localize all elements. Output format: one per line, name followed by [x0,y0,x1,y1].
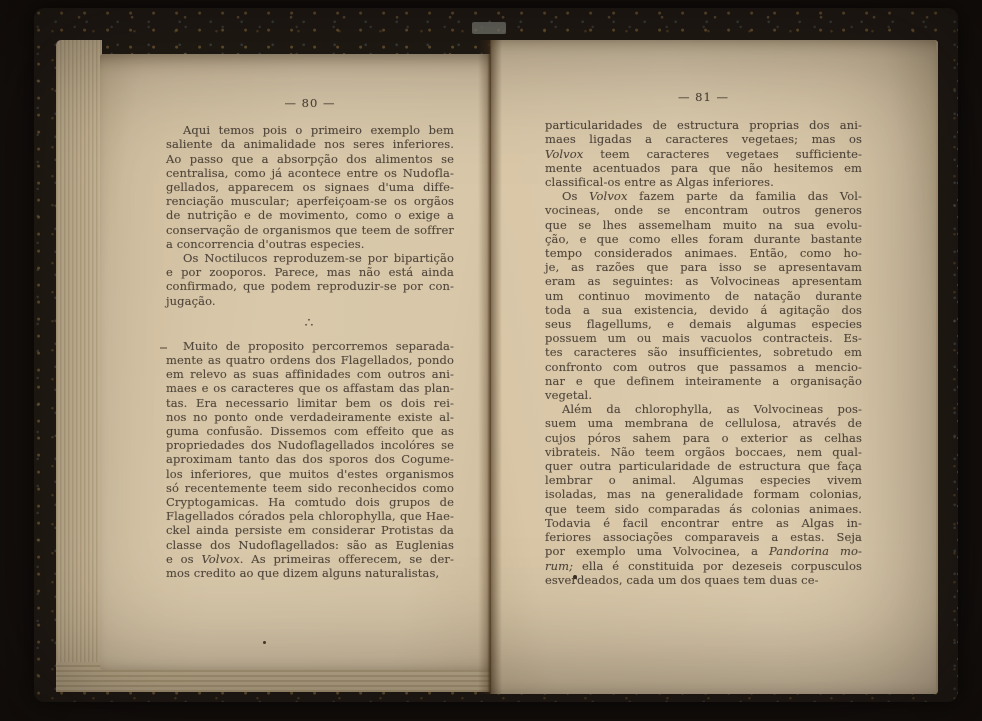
text-line: feriores associações comparaveis a estas… [545,530,862,544]
text-line: lembrar o animal. Algumas especies vivem [545,473,862,487]
right-page-body: particularidades de estructura proprias … [545,118,862,587]
book-scan-scene: — 80 — Aqui temos pois o primeiro exempl… [0,0,982,721]
text-line: Cryptogamicas. Ha comtudo dois grupos de [166,495,454,509]
text-line: toda a sua existencia, devido á agitação… [545,303,862,317]
text-line: nos no ponto onde verdadeiramente existe… [166,410,454,424]
text-line: esverdeados, cada um dos quaes tem duas … [545,573,862,587]
text-line: confirmado, que podem reproduzir-se por … [166,279,454,293]
text-line: mos credito ao que dizem alguns naturali… [166,566,454,580]
text-line: tas. Era necessario limitar bem os dois … [166,396,454,410]
text-line: quer outra particularidade de estructura… [545,459,862,473]
left-page-number: — 80 — [166,96,454,110]
text-line: guma confusão. Dissemos com effeito que … [166,424,454,438]
margin-mark [160,347,167,349]
paragraph: Os Volvox fazem parte da familia das Vol… [545,189,862,402]
text-line: vibrateis. Não teem orgãos boccaes, nem … [545,445,862,459]
text-line: de nutrição e de movimento, como o exige… [166,208,454,222]
text-line: cujos póros sahem para o exterior as cel… [545,431,862,445]
text-line: em relevo as suas affinidades com outros… [166,367,454,381]
text-line: confronto com outros que passamos a menc… [545,360,862,374]
text-line: por exemplo uma Volvocinea, a Pandorina … [545,544,862,558]
text-line: seus flagellums, e demais algumas especi… [545,317,862,331]
text-line: conservação de organismos que teem de so… [166,223,454,237]
text-line: Os Volvox fazem parte da familia das Vol… [545,189,862,203]
text-line: ckel ainda persiste em considerar Protis… [166,523,454,537]
text-line: mente acentuados para que não hesitemos … [545,161,862,175]
text-line: Volvox teem caracteres vegetaes sufficie… [545,147,862,161]
text-line: je, as razões que para isso se apresenta… [545,260,862,274]
text-line: Os Noctilucos reproduzem-se por bipartiç… [166,251,454,265]
text-line: Muito de proposito percorremos separada- [166,339,454,353]
text-line: eram as seguintes: as Volvocineas aprese… [545,274,862,288]
text-line: classe dos Nudoflagellados: são as Eugle… [166,538,454,552]
left-page-body: Aqui temos pois o primeiro exemplo bemsa… [166,123,454,580]
text-line: rum; ella é constituida por dezeseis cor… [545,559,862,573]
text-line: só recentemente teem sido reconhecidos c… [166,481,454,495]
text-line: a concorrencia d'outras especies. [166,237,454,251]
text-line: Todavia é facil encontrar entre as Algas… [545,516,862,530]
text-line: um continuo movimento de natação durante [545,289,862,303]
paragraph: Além da chlorophylla, as Volvocineas pos… [545,402,862,587]
text-line: classifical-os entre as Algas inferiores… [545,175,862,189]
text-line: maes ligadas a caracteres vegetaes; mas … [545,132,862,146]
text-line: vegetal. [545,388,862,402]
binding-headband [472,22,506,34]
text-line: propriedades dos Nudoflagellados incolór… [166,438,454,452]
paragraph: particularidades de estructura proprias … [545,118,862,189]
text-line: possuem um ou mais vacuolos contracteis.… [545,331,862,345]
paragraph: Os Noctilucos reproduzem-se por bipartiç… [166,251,454,308]
right-page-text: — 81 — particularidades de estructura pr… [545,90,862,587]
text-line: renciação muscular; aperfeiçoam-se os or… [166,194,454,208]
ink-speck [263,641,266,644]
right-page-number: — 81 — [545,90,862,104]
text-line: e por zooporos. Parece, mas não está ain… [166,265,454,279]
text-line: tes caracteres são insufficientes, sobre… [545,345,862,359]
section-separator: ∴ [166,308,454,339]
text-line: jugação. [166,294,454,308]
page-edges-left [56,40,102,674]
text-line: mente as quatro ordens dos Flagellados, … [166,353,454,367]
text-line: tempo considerados animaes. Então, como … [545,246,862,260]
ink-speck [573,575,577,579]
text-line: e os Volvox. As primeiras offerecem, se … [166,552,454,566]
text-line: que se lhes assemelham muito na sua evol… [545,218,862,232]
paragraph: Muito de proposito percorremos separada-… [166,339,454,580]
text-line: Além da chlorophylla, as Volvocineas pos… [545,402,862,416]
text-line: nar e que definem inteiramente a organis… [545,374,862,388]
text-line: maes e os caracteres que os affastam das… [166,381,454,395]
gutter-shadow [478,40,502,694]
text-line: los inferiores, que muitos d'estes organ… [166,467,454,481]
text-line: Ao passo que a absorpção dos alimentos s… [166,152,454,166]
text-line: saliente da animalidade nos seres inferi… [166,137,454,151]
text-line: centralisa, como já acontece entre os Nu… [166,166,454,180]
text-line: Flagellados córados pela chlorophylla, q… [166,509,454,523]
text-line: isoladas, mas na generalidade formam col… [545,487,862,501]
text-line: ção, e que como elles foram durante bast… [545,232,862,246]
text-line: aproximam tanto das dos sporos dos Cogum… [166,452,454,466]
text-line: que teem sido comparadas ás colonias ani… [545,502,862,516]
text-line: particularidades de estructura proprias … [545,118,862,132]
paragraph: Aqui temos pois o primeiro exemplo bemsa… [166,123,454,251]
text-line: suem uma membrana de cellulosa, através … [545,416,862,430]
text-line: vocineas, onde se encontram outros gener… [545,203,862,217]
text-line: Aqui temos pois o primeiro exemplo bem [166,123,454,137]
text-line: gellados, apparecem os signaes d'uma dif… [166,180,454,194]
left-page-text: — 80 — Aqui temos pois o primeiro exempl… [166,96,454,580]
